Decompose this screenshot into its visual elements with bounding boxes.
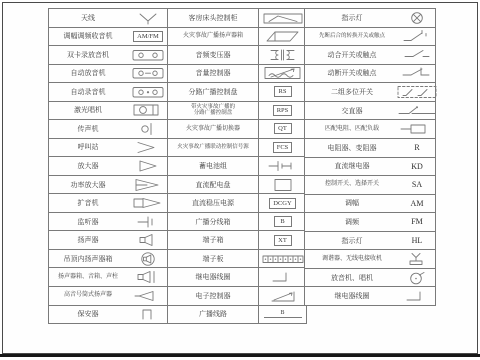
- box-text-icon: XT: [274, 235, 292, 246]
- legend-row-symbol-cell: [399, 287, 435, 305]
- legend-row: 分路广播控制盘RS: [168, 83, 306, 102]
- legend-row-label: 继电器线圈: [305, 287, 399, 305]
- monitor-icon: [129, 215, 167, 229]
- legend-row: 音量控制器: [168, 65, 306, 84]
- legend-row: 带火灾事故广播的分路广播控制盘RPS: [168, 102, 306, 121]
- legend-row: 呼叫站: [49, 139, 169, 158]
- label-line: 火灾事故广播联动控制信号源: [177, 144, 249, 150]
- legend-column-switch-component: 指示灯先断后合的转换开关或触点动合开关或触点动断开关或触点二组多位开关交直器匹配…: [304, 8, 436, 306]
- transfer-contact-icon: [398, 29, 436, 43]
- broadcast-line-icon: B: [264, 308, 302, 320]
- relay-coil-icon: [264, 270, 302, 284]
- relay-coil-icon: [398, 289, 436, 303]
- legend-row: 客房床头控制柜: [168, 9, 306, 28]
- legend-row: 电子控制器: [168, 287, 306, 306]
- legend-row-label: 火灾事故广播扬声器箱: [168, 28, 259, 46]
- legend-row-label: 音频变压器: [168, 46, 259, 64]
- label-line: 端子箱: [203, 236, 224, 244]
- label-line: 调谐器、无线电接收机: [322, 256, 382, 263]
- legend-row: 高音号筒式扬声器: [49, 287, 169, 306]
- label-line: 分路广播控制盘: [194, 110, 233, 116]
- label-line: 广播线路: [199, 310, 227, 318]
- legend-row-symbol-cell: [127, 120, 169, 138]
- legend-row-label: 双卡录放音机: [49, 46, 127, 64]
- legend-row-label: 自动录音机: [49, 83, 127, 101]
- legend-row: 自动录音机: [49, 83, 169, 102]
- legend-row-symbol-cell: AM/FM: [127, 28, 169, 46]
- laser-player-icon: [129, 103, 167, 117]
- cassette-rec-icon: [129, 85, 167, 99]
- legend-row: 调幅AM: [305, 195, 435, 214]
- legend-row-symbol-cell: HL: [399, 232, 435, 250]
- dc-panel-icon: [261, 178, 305, 192]
- sheet-bottom-rule: [0, 354, 480, 357]
- label-line: 天线: [81, 14, 95, 22]
- legend-row: 自动放音机: [49, 65, 169, 84]
- legend-row-label: 广播分线箱: [168, 213, 259, 231]
- lamp-cross-icon: [398, 11, 436, 25]
- box-text-icon: QT: [274, 123, 292, 134]
- legend-row-symbol-cell: [259, 28, 306, 46]
- legend-row-symbol-cell: [259, 268, 306, 286]
- legend-row-label: 扬声器箱、音箱、声柱: [49, 268, 127, 286]
- symbol-code: AM: [411, 199, 424, 208]
- legend-row: 直流稳压电源DCGY: [168, 194, 306, 213]
- label-line: 直流配电盘: [196, 181, 231, 189]
- legend-row-label: 动断开关或触点: [305, 65, 399, 83]
- symbol-code: RPS: [273, 105, 293, 116]
- legend-row-symbol-cell: [127, 46, 169, 64]
- legend-row-label: 蓄电池组: [168, 157, 259, 175]
- label-line: 客房床头控制柜: [189, 14, 238, 22]
- legend-row-symbol-cell: RS: [259, 83, 306, 101]
- legend-row-symbol-cell: B: [259, 213, 306, 231]
- box-text-icon: B: [274, 216, 292, 227]
- legend-row-label: 交直器: [305, 102, 399, 120]
- speaker-icon: [129, 233, 167, 247]
- legend-row-label: 直流稳压电源: [168, 194, 259, 212]
- legend-row-label: 端子板: [168, 250, 259, 268]
- legend-row: 端子箱XT: [168, 231, 306, 250]
- legend-row: 调频FM: [305, 213, 435, 232]
- legend-row-symbol-cell: [127, 231, 169, 249]
- broadcast-line-icon: B: [264, 308, 302, 320]
- legend-row-label: 天线: [49, 9, 127, 27]
- label-line: 先断后合的转换开关或触点: [319, 33, 385, 39]
- box-text-icon: RPS: [273, 105, 293, 116]
- label-line: 音频变压器: [196, 51, 231, 59]
- legend-row-label: 调幅: [305, 195, 399, 213]
- label-line: 直流继电器: [335, 162, 370, 170]
- legend-row-symbol-cell: [399, 28, 435, 46]
- legend-row: 监听器: [49, 213, 169, 232]
- symbol-code: DCGY: [269, 198, 295, 209]
- legend-row-label: 监听器: [49, 213, 127, 231]
- symbol-code: B: [264, 310, 302, 316]
- player-icon: [398, 271, 436, 285]
- legend-row-label: 高音号筒式扬声器: [49, 287, 127, 305]
- legend-row-label: 电阻器、变阻器: [305, 139, 399, 157]
- legend-row-label: 功率放大器: [49, 176, 127, 194]
- legend-row-label: 放大器: [49, 157, 127, 175]
- label-line: 二组多位开关: [331, 88, 373, 96]
- label-line: 音量控制器: [196, 69, 231, 77]
- power-amplifier-icon: [129, 178, 167, 192]
- label-line: 调幅调频收音机: [64, 32, 113, 40]
- antenna-icon: [129, 11, 167, 25]
- symbol-code: RS: [274, 86, 292, 97]
- legend-row-symbol-cell: [259, 65, 306, 83]
- legend-row-label: 指示灯: [305, 232, 399, 250]
- legend-row: 扬声器箱、音箱、声柱: [49, 268, 169, 287]
- legend-row-symbol-cell: [127, 306, 169, 324]
- legend-row-symbol-cell: [399, 65, 435, 83]
- label-line: 扩音机: [78, 199, 99, 207]
- cassette-auto-icon: [129, 66, 167, 80]
- legend-row-label: 火灾事故广播切换器: [168, 120, 259, 138]
- legend-row-label: 放音机、唱机: [305, 269, 399, 287]
- legend-row-label: 直流配电盘: [168, 176, 259, 194]
- legend-row-label: 分路广播控制盘: [168, 83, 259, 101]
- multi-switch-icon: [395, 85, 439, 99]
- legend-row: 吊顶内扬声器箱: [49, 250, 169, 269]
- label-line: 放大器: [78, 162, 99, 170]
- legend-row-symbol-cell: B: [259, 306, 306, 324]
- legend-row-symbol-cell: [259, 46, 306, 64]
- legend-row: 继电器线圈: [305, 287, 435, 305]
- label-line: 直流稳压电源: [192, 199, 234, 207]
- legend-row-label: 激光唱机: [49, 102, 127, 120]
- microphone-icon: [129, 122, 167, 136]
- legend-row-label: 动合开关或触点: [305, 46, 399, 64]
- ceiling-speaker-icon: [129, 252, 167, 266]
- legend-row-label: 匹配电阻、匹配负载: [305, 120, 399, 138]
- label-line: 控制开关、选择开关: [325, 181, 379, 188]
- legend-row-label: 调频: [305, 213, 399, 231]
- legend-row: 功率放大器: [49, 176, 169, 195]
- legend-row-label: 调幅调频收音机: [49, 28, 127, 46]
- rectifier-switch-icon: [395, 104, 439, 118]
- legend-row-symbol-cell: [127, 102, 169, 120]
- label-line: 吊顶内扬声器箱: [64, 255, 113, 263]
- box-text-icon: DCGY: [269, 198, 295, 209]
- symbol-code: KD: [411, 162, 423, 171]
- legend-row: 匹配电阻、匹配负载: [305, 120, 435, 139]
- legend-row: 调幅调频收音机AM/FM: [49, 28, 169, 47]
- label-line: 激光唱机: [74, 106, 102, 114]
- label-line: 电子控制器: [196, 292, 231, 300]
- legend-column-audio-equipment: 天线调幅调频收音机AM/FM双卡录放音机自动放音机自动录音机激光唱机传声机呼叫站…: [48, 8, 170, 324]
- legend-row: 火灾事故广播扬声器箱: [168, 28, 306, 47]
- legend-row-symbol-cell: QT: [259, 120, 306, 138]
- legend-row-symbol-cell: [127, 9, 169, 27]
- legend-row: 双卡录放音机: [49, 46, 169, 65]
- symbol-code: XT: [274, 235, 292, 246]
- cassette-icon: [129, 48, 167, 62]
- legend-row: 激光唱机: [49, 102, 169, 121]
- label-line: 传声机: [78, 125, 99, 133]
- legend-row-symbol-cell: R: [399, 139, 435, 157]
- legend-row-label: 扩音机: [49, 194, 127, 212]
- label-line: 指示灯: [342, 14, 363, 22]
- label-line: 高音号筒式扬声器: [64, 292, 112, 299]
- legend-row-label: 客房床头控制柜: [168, 9, 259, 27]
- legend-row: 火灾事故广播联动控制信号源FCS: [168, 139, 306, 158]
- legend-row-symbol-cell: [399, 9, 435, 27]
- label-line: 调幅: [345, 199, 359, 207]
- legend-row: 先断后合的转换开关或触点: [305, 28, 435, 47]
- legend-row: 扩音机: [49, 194, 169, 213]
- legend-row-symbol-cell: [399, 46, 435, 64]
- legend-row-label: 端子箱: [168, 231, 259, 249]
- legend-row: 直流配电盘: [168, 176, 306, 195]
- legend-row-label: 指示灯: [305, 9, 399, 27]
- label-line: 扬声器: [78, 236, 99, 244]
- pa-amplifier-icon: [129, 196, 167, 210]
- letter-icon: HL: [412, 236, 423, 245]
- legend-row-symbol-cell: [127, 176, 169, 194]
- legend-row: 保安器: [49, 306, 169, 324]
- label-line: 保安器: [78, 310, 99, 318]
- box-text-icon: FCS: [273, 142, 293, 153]
- legend-row-symbol-cell: KD: [399, 158, 435, 176]
- legend-row-label: 火灾事故广播联动控制信号源: [168, 139, 259, 157]
- label-line: 自动放音机: [71, 69, 106, 77]
- volume-controller-icon: [261, 66, 305, 80]
- legend-row-label: 调谐器、无线电接收机: [305, 250, 399, 268]
- legend-row: 传声机: [49, 120, 169, 139]
- legend-row-label: 带火灾事故广播的分路广播控制盘: [168, 102, 259, 120]
- audio-transformer-icon: [261, 48, 305, 62]
- legend-row: 调谐器、无线电接收机: [305, 250, 435, 269]
- legend-row-label: 继电器线圈: [168, 268, 259, 286]
- legend-row-label: 保安器: [49, 306, 127, 324]
- label-line: 动合开关或触点: [328, 51, 377, 59]
- legend-row: 放大器: [49, 157, 169, 176]
- label-line: 放音机、唱机: [331, 274, 373, 282]
- legend-row-symbol-cell: FCS: [259, 139, 306, 157]
- legend-row-symbol-cell: [127, 139, 169, 157]
- drawing-sheet: 天线调幅调频收音机AM/FM双卡录放音机自动放音机自动录音机激光唱机传声机呼叫站…: [0, 0, 480, 360]
- legend-row-symbol-cell: DCGY: [259, 194, 306, 212]
- box-text-icon: AM/FM: [133, 31, 163, 42]
- matching-load-icon: [395, 122, 439, 136]
- legend-row-symbol-cell: [259, 287, 306, 305]
- legend-row-label: 自动放音机: [49, 65, 127, 83]
- legend-row-symbol-cell: [127, 287, 169, 305]
- legend-row-symbol-cell: SA: [399, 176, 435, 194]
- legend-row: 电阻器、变阻器R: [305, 139, 435, 158]
- label-line: 交直器: [342, 107, 363, 115]
- symbol-code: B: [274, 216, 292, 227]
- label-line: 呼叫站: [78, 143, 99, 151]
- legend-row: 指示灯HL: [305, 232, 435, 251]
- label-line: 火灾事故广播切换器: [186, 126, 240, 133]
- legend-row-label: 直流继电器: [305, 158, 399, 176]
- letter-icon: KD: [411, 162, 423, 171]
- legend-row: 交直器: [305, 102, 435, 121]
- symbol-code: R: [414, 143, 419, 152]
- label-line: 扬声器箱、音箱、声柱: [58, 274, 118, 281]
- label-line: 电阻器、变阻器: [328, 144, 377, 152]
- legend-row: 动合开关或触点: [305, 46, 435, 65]
- legend-row: 扬声器: [49, 231, 169, 250]
- legend-row-symbol-cell: [127, 157, 169, 175]
- letter-icon: SA: [412, 180, 422, 189]
- label-line: 监听器: [78, 218, 99, 226]
- horn-speaker-icon: [129, 289, 167, 303]
- label-line: 匹配电阻、匹配负载: [325, 126, 379, 133]
- legend-row-symbol-cell: [127, 194, 169, 212]
- legend-row-label: 电子控制器: [168, 287, 259, 305]
- label-line: 自动录音机: [71, 88, 106, 96]
- legend-row-symbol-cell: [127, 213, 169, 231]
- legend-row: 指示灯: [305, 9, 435, 28]
- legend-row-label: 音量控制器: [168, 65, 259, 83]
- terminal-strip-icon: [261, 252, 305, 266]
- label-line: 继电器线圈: [335, 292, 370, 300]
- symbol-code: QT: [274, 123, 292, 134]
- legend-row-label: 传声机: [49, 120, 127, 138]
- legend-row: 端子板: [168, 250, 306, 269]
- label-line: 动断开关或触点: [328, 69, 377, 77]
- tuner-icon: [398, 252, 436, 266]
- legend-row-symbol-cell: [399, 269, 435, 287]
- legend-row-label: 广播线路: [168, 306, 259, 324]
- legend-row-symbol-cell: [127, 250, 169, 268]
- legend-row-symbol-cell: [259, 9, 306, 27]
- legend-row-symbol-cell: AM: [399, 195, 435, 213]
- legend-row: 广播线路B: [168, 306, 306, 324]
- label-line: 广播分线箱: [196, 218, 231, 226]
- label-line: 端子板: [203, 255, 224, 263]
- legend-row-symbol-cell: XT: [259, 231, 306, 249]
- legend-row-symbol-cell: [399, 83, 435, 101]
- legend-row: 直流继电器KD: [305, 158, 435, 177]
- box-text-icon: RS: [274, 86, 292, 97]
- symbol-code: FM: [411, 217, 423, 226]
- legend-row: 音频变压器: [168, 46, 306, 65]
- label-line: 双卡录放音机: [67, 51, 109, 59]
- label-line: 功率放大器: [71, 181, 106, 189]
- legend-row-label: 吊顶内扬声器箱: [49, 250, 127, 268]
- legend-row: 动断开关或触点: [305, 65, 435, 84]
- label-line: 继电器线圈: [196, 273, 231, 281]
- call-station-icon: [129, 140, 167, 154]
- amplifier-icon: [129, 159, 167, 173]
- letter-icon: R: [414, 143, 419, 152]
- legend-row-symbol-cell: [399, 102, 435, 120]
- legend-row: 放音机、唱机: [305, 269, 435, 288]
- speaker-box-icon: [129, 270, 167, 284]
- no-contact-icon: [398, 48, 436, 62]
- protector-icon: [129, 307, 167, 321]
- label-line: 分路广播控制盘: [189, 88, 238, 96]
- symbol-code: HL: [412, 236, 423, 245]
- symbol-code: FCS: [273, 142, 293, 153]
- battery-icon: [261, 159, 305, 173]
- legend-row: 蓄电池组: [168, 157, 306, 176]
- nc-contact-icon: [398, 66, 436, 80]
- bedside-panel-icon: [261, 11, 305, 25]
- legend-row: 继电器线圈: [168, 268, 306, 287]
- symbol-code: SA: [412, 180, 422, 189]
- label-line: 蓄电池组: [199, 162, 227, 170]
- legend-row-symbol-cell: [127, 65, 169, 83]
- legend-row-symbol-cell: [127, 83, 169, 101]
- legend-row-symbol-cell: [259, 176, 306, 194]
- fire-speaker-icon: [261, 29, 305, 43]
- legend-row-symbol-cell: [399, 120, 435, 138]
- symbol-code: AM/FM: [133, 31, 163, 42]
- electronic-controller-icon: [261, 289, 305, 303]
- legend-column-broadcast-control: 客房床头控制柜火灾事故广播扬声器箱音频变压器音量控制器分路广播控制盘RS带火灾事…: [167, 8, 307, 324]
- legend-row-symbol-cell: [259, 250, 306, 268]
- legend-row-symbol-cell: [399, 250, 435, 268]
- legend-row-symbol-cell: FM: [399, 213, 435, 231]
- letter-icon: AM: [411, 199, 424, 208]
- legend-row-label: 先断后合的转换开关或触点: [305, 28, 399, 46]
- legend-row-symbol-cell: RPS: [259, 102, 306, 120]
- legend-row: 天线: [49, 9, 169, 28]
- legend-row-label: 呼叫站: [49, 139, 127, 157]
- legend-row-label: 扬声器: [49, 231, 127, 249]
- legend-row-symbol-cell: [127, 268, 169, 286]
- legend-row: 控制开关、选择开关SA: [305, 176, 435, 195]
- label-line: 指示灯: [342, 237, 363, 245]
- legend-row: 二组多位开关: [305, 83, 435, 102]
- label-line: 火灾事故广播扬声器箱: [183, 33, 243, 40]
- legend-row: 广播分线箱B: [168, 213, 306, 232]
- legend-row-symbol-cell: [259, 157, 306, 175]
- legend-row: 火灾事故广播切换器QT: [168, 120, 306, 139]
- label-line: 调频: [345, 218, 359, 226]
- legend-row-label: 二组多位开关: [305, 83, 399, 101]
- letter-icon: FM: [411, 217, 423, 226]
- legend-row-label: 控制开关、选择开关: [305, 176, 399, 194]
